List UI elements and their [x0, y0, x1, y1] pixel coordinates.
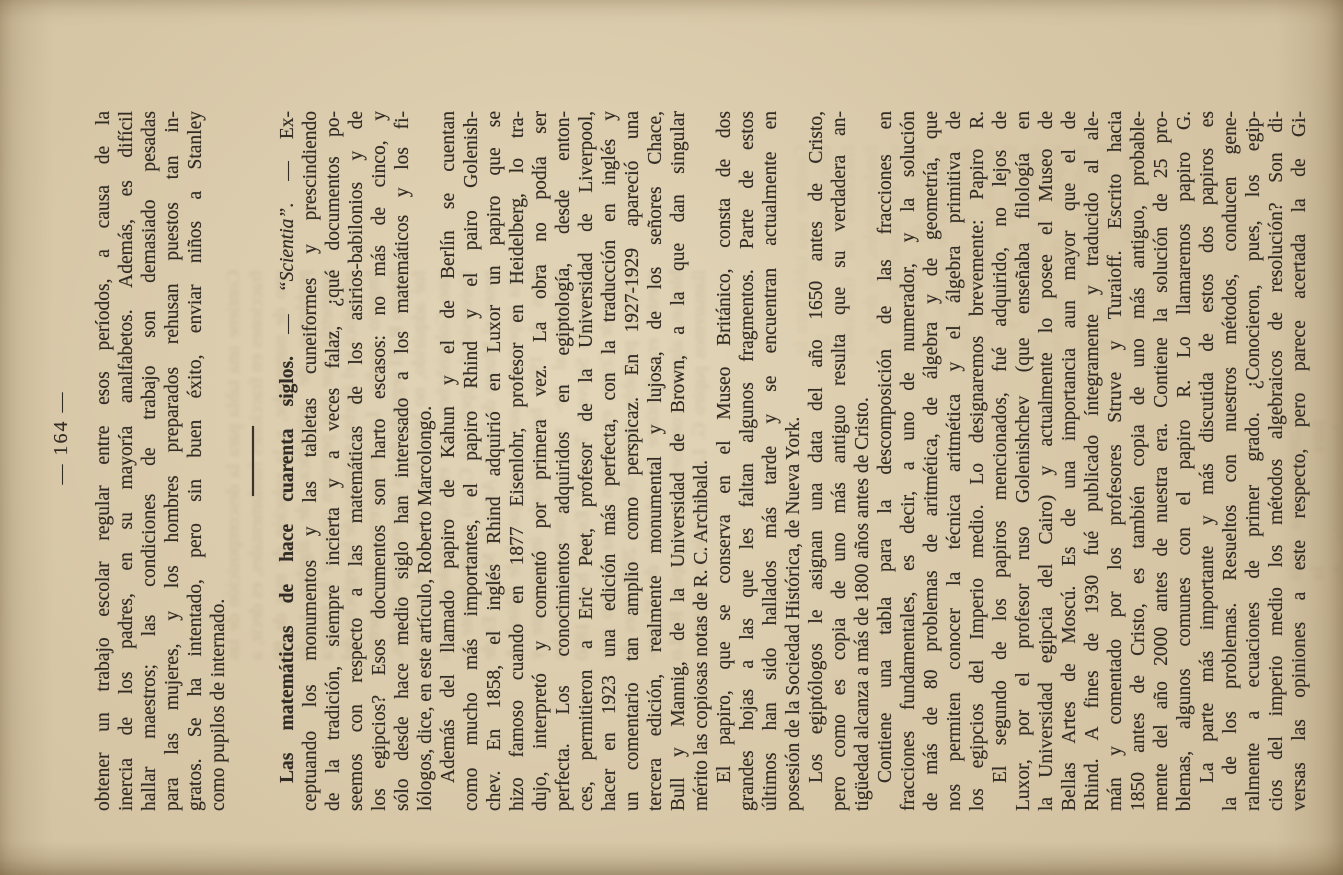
text-line: hizo famoso cuando en 1877 Eisenlohr, pr… [506, 111, 529, 811]
heading-segment: — [277, 292, 298, 356]
text-line: los egipcios del Imperio medio. Lo desig… [966, 111, 989, 811]
text-line: Los egiptólogos le asignan una data del … [805, 111, 828, 811]
paragraph-article-lead: Las matemáticas de hace cuarenta siglos.… [276, 111, 437, 811]
text-line: sólo desde hace medio siglo han interesa… [391, 111, 414, 811]
paragraph-problems: La parte más importante y más discutida … [1196, 111, 1311, 811]
text-line: La parte más importante y más discutida … [1196, 111, 1219, 811]
text-line: grandes hojas a las que les faltan algun… [736, 111, 759, 811]
text-line: perfecta. Los conocimientos adquiridos e… [552, 111, 575, 811]
text-line: ralmente a ecuaciones de primer grado. ¿… [1242, 111, 1265, 811]
text-line: nos permiten conocer la técnica aritméti… [943, 111, 966, 811]
paragraph-contents: Contiene una tabla para la descomposició… [874, 111, 989, 811]
text-line: tigüedad alcanza a más de 1800 años ante… [851, 111, 874, 811]
page-number: — 164 — [50, 0, 73, 875]
text-line: hacer en 1923 una edición más perfecta, … [598, 111, 621, 811]
scanned-page-scan: Contiene una tabla para la descomposició… [0, 0, 1343, 875]
text-line: Las matemáticas de hace cuarenta siglos.… [276, 111, 299, 811]
text-line: los egipcios? Esos documentos son harto … [368, 111, 391, 811]
separator-rule [252, 426, 254, 496]
text-line: Contiene una tabla para la descomposició… [874, 111, 897, 811]
text-line: El papiro, que se conserva en el Museo B… [713, 111, 736, 811]
text-line: mérito las copiosas notas de R. C. Archi… [690, 111, 713, 811]
text-line: últimos han sido hallados más tarde y se… [759, 111, 782, 811]
text-line: pero como es copia de uno más antiguo re… [828, 111, 851, 811]
paragraph-papyri: Además del llamado papiro de Kahun y el … [437, 111, 713, 811]
section-separator [230, 111, 276, 811]
book-page-rotated-90ccw: Contiene una tabla para la descomposició… [0, 0, 1343, 875]
text-line: Bellas Artes de Moscú. Es de una importa… [1058, 111, 1081, 811]
text-line: lólogos, dice, en este artículo, Roberto… [414, 111, 437, 811]
heading-segment: . — Ex- [277, 111, 298, 208]
text-line: chev. En 1858, el inglés Rhind adquirió … [483, 111, 506, 811]
text-line: de más de 80 problemas de aritmética, de… [920, 111, 943, 811]
text-line: Luxor, por el profesor ruso Golenishchev… [1012, 111, 1035, 811]
journal-name: “Scientia” [277, 208, 298, 293]
text-line: inercia de los padres, en su mayoría ana… [115, 111, 138, 811]
text-line: El segundo de los papiros mencionados, f… [989, 111, 1012, 811]
text-line: mente del año 2000 antes de nuestra era.… [1150, 111, 1173, 811]
text-line: para las mujeres, y los hombres preparad… [161, 111, 184, 811]
text-line: gratos. Se ha intentado, pero sin buen é… [184, 111, 207, 811]
text-line: mán y comentado por los profesores Struv… [1104, 111, 1127, 811]
text-line: dujo, interpretó y comentó por primera v… [529, 111, 552, 811]
text-line: fracciones fundamentales, es decir, a un… [897, 111, 920, 811]
text-line: cios del imperio medio los métodos algeb… [1265, 111, 1288, 811]
text-line: posesión de la Sociedad Histórica, de Nu… [782, 111, 805, 811]
text-line: seemos con respecto a las matemáticas de… [345, 111, 368, 811]
article-title: Las matemáticas de hace cuarenta siglos. [277, 356, 298, 783]
paragraph-british-museum: El papiro, que se conserva en el Museo B… [713, 111, 805, 811]
text-line: Además del llamado papiro de Kahun y el … [437, 111, 460, 811]
paragraph-second-papyrus: El segundo de los papiros mencionados, f… [989, 111, 1196, 811]
text-line: un comentario tan amplio como perspicaz.… [621, 111, 644, 811]
text-line: blemas, algunos comunes con el papiro R.… [1173, 111, 1196, 811]
text-line: obtener un trabajo escolar regular entre… [92, 111, 115, 811]
paragraph-continuation: obtener un trabajo escolar regular entre… [92, 111, 230, 811]
text-line: como mucho más importantes, el papiro Rh… [460, 111, 483, 811]
paragraph-dating: Los egiptólogos le asignan una data del … [805, 111, 874, 811]
text-line: ceptuando los monumentos y las tabletas … [299, 111, 322, 811]
text-line: como pupilos de internado. [207, 111, 230, 811]
text-line: de la tradición, siempre incierta y a ve… [322, 111, 345, 811]
text-line: hallar maestros; las condiciones de trab… [138, 111, 161, 811]
text-line: la Universidad egipcia del Cairo) y actu… [1035, 111, 1058, 811]
text-line: 1850 antes de Cristo, es también copia d… [1127, 111, 1150, 811]
text-line: la de los problemas. Resueltos con nuest… [1219, 111, 1242, 811]
text-line: versas las opiniones a este respecto, pe… [1288, 111, 1311, 811]
page-text-block: obtener un trabajo escolar regular entre… [92, 111, 1311, 811]
text-line: Rhind. A fines de 1930 fué publicado ínt… [1081, 111, 1104, 811]
text-line: ces, permitieron a Eric Peet, profesor d… [575, 111, 598, 811]
text-line: tercera edición, realmente monumental y … [644, 111, 667, 811]
text-line: Bull y Mannig, de la Universidad de Brow… [667, 111, 690, 811]
